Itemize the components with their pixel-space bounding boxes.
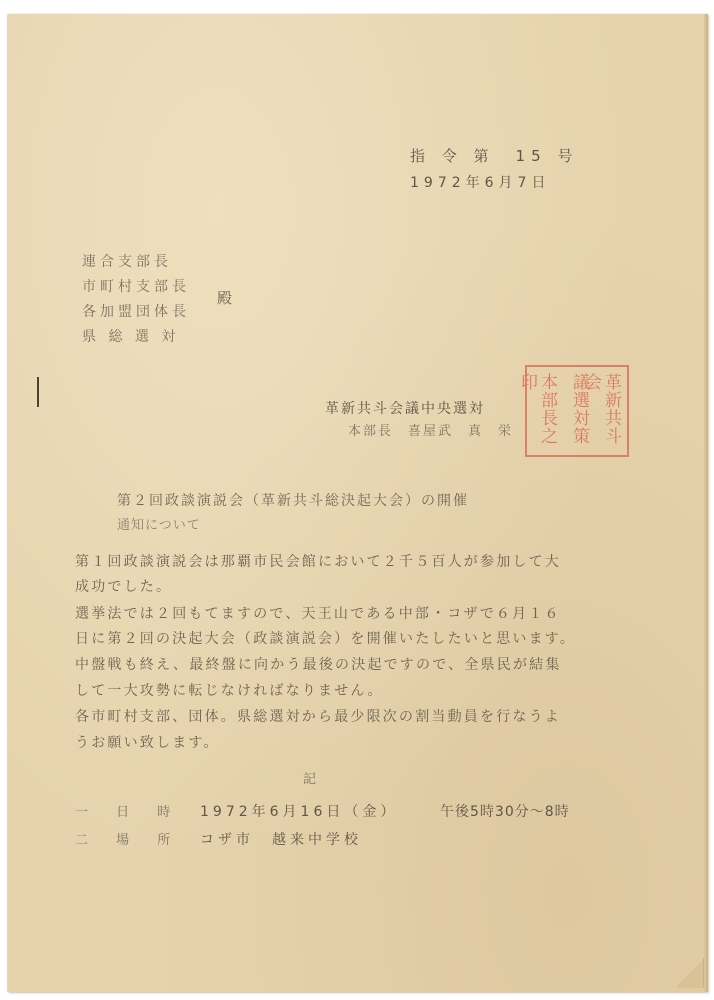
- document-date: 1972年6月7日: [410, 172, 550, 192]
- addressee: 市町村支部長: [82, 276, 190, 296]
- subject-line: 通知について: [117, 514, 201, 533]
- item-value-time: 午後5時30分〜8時: [440, 801, 570, 821]
- body-line: うお願い致します。: [75, 732, 220, 752]
- item-label-place: 二 場 所: [75, 829, 182, 848]
- page-edge: [704, 14, 708, 992]
- body-line: して一大攻勢に転じなければなりません。: [75, 680, 384, 700]
- body-line: 第１回政談演説会は那覇市民会館において２千５百人が参加して大: [75, 551, 561, 571]
- subject-line: 第２回政談演説会（革新共斗総決起大会）の開催: [117, 490, 469, 510]
- body-line: 日に第２回の決起大会（政談演説会）を開催いたしたいと思います。: [75, 628, 576, 648]
- directive-number: 指 令 第 15 号: [410, 145, 578, 166]
- body-line: 各市町村支部、団体。県総選対から最少限次の割当動員を行なうよ: [75, 706, 561, 726]
- red-seal-stamp: 革新共斗会 議選対策 本部長之印: [525, 365, 629, 457]
- addressee: 各加盟団体長: [82, 301, 190, 321]
- item-label-datetime: 一 日 時: [75, 801, 182, 820]
- body-line: 成功でした。: [75, 576, 172, 596]
- seal-text: 議選対策: [569, 373, 589, 445]
- addressee: 県 総 選 対: [82, 326, 179, 346]
- ki-heading: 記: [303, 768, 316, 787]
- honorific: 殿: [217, 287, 232, 308]
- body-line: 選挙法では２回もてますので、天王山である中部・コザで６月１６: [75, 603, 561, 623]
- folded-corner: [677, 958, 704, 988]
- sender-organization: 革新共斗会議中央選対: [325, 398, 485, 418]
- seal-text: 本部長之印: [517, 373, 557, 455]
- body-line: 中盤戦も終え、最終盤に向かう最後の決起ですので、全県民が結集: [75, 654, 562, 674]
- addressee: 連合支部長: [82, 251, 172, 271]
- item-value-place: コザ市 越来中学校: [200, 829, 362, 849]
- item-value-date: 1972年6月16日（金）: [200, 801, 398, 821]
- margin-mark: [37, 377, 39, 407]
- sender-name: 本部長 喜屋武 真 栄: [348, 420, 513, 439]
